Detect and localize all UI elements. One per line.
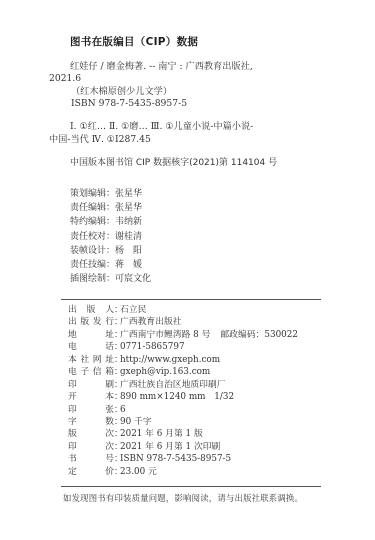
- info-value: 2021 年 6 月第 1 版: [120, 428, 203, 440]
- info-value: 广西南宁市鲤湾路 8 号: [120, 329, 210, 341]
- credit-value: 蒋 媛: [115, 260, 142, 270]
- info-value: 890 mm×1240 mm 1/32: [120, 391, 234, 403]
- cip-main-entry: 红娃仔 / 磨金梅著. -- 南宁 : 广西教育出版社,: [70, 61, 253, 73]
- credit-value: 杨 阳: [115, 246, 142, 256]
- credit-row: 装帧设计：杨 阳: [70, 244, 151, 258]
- info-label: 地址: [68, 329, 114, 341]
- credit-row: 责任编辑：张星华: [70, 201, 151, 215]
- copyright-page: 图书在版编目（CIP）数据 红娃仔 / 磨金梅著. -- 南宁 : 广西教育出版…: [0, 0, 375, 540]
- info-label: 书号: [68, 453, 114, 465]
- credit-label: 责任编辑：: [70, 203, 115, 213]
- credit-label: 插图绘制：: [70, 274, 115, 284]
- credit-value: 张星华: [115, 203, 142, 213]
- info-value: http://www.gxeph.com: [120, 354, 220, 366]
- info-row-publisher: 出版人：石立民: [68, 304, 298, 316]
- info-row-price: 定价：23.00 元: [68, 466, 298, 478]
- divider-top: [61, 299, 321, 300]
- credit-label: 策划编辑：: [70, 189, 115, 199]
- info-row-edition: 版次：2021 年 6 月第 1 版: [68, 428, 298, 440]
- credit-label: 特约编辑：: [70, 217, 115, 227]
- info-label: 电话: [68, 341, 114, 353]
- credit-value: 可宸文化: [115, 274, 151, 284]
- cip-year: 2021.6: [49, 73, 81, 85]
- info-row-address: 地址：广西南宁市鲤湾路 8 号邮政编码：530022: [68, 329, 298, 341]
- info-label: 电子信箱: [68, 366, 114, 378]
- cip-classification-line-1: Ⅰ. ①红… Ⅱ. ①磨… Ⅲ. ①儿童小说-中篇小说-: [70, 121, 253, 133]
- info-value: 2021 年 6 月第 1 次印刷: [120, 441, 220, 453]
- credit-label: 责任技编：: [70, 260, 115, 270]
- info-label: 印刷: [68, 379, 114, 391]
- info-label: 出版发行: [68, 316, 114, 328]
- info-label: 印张: [68, 404, 114, 416]
- info-value: 23.00 元: [120, 466, 157, 478]
- editorial-credits: 策划编辑：张星华 责任编辑：张星华 特约编辑：韦纳新 责任校对：谢桂清 装帧设计…: [70, 187, 151, 286]
- info-value: 广西教育出版社: [120, 316, 182, 328]
- credit-value: 谢桂清: [115, 232, 142, 242]
- info-row-printing: 印次：2021 年 6 月第 1 次印刷: [68, 441, 298, 453]
- info-label: 出版人: [68, 304, 114, 316]
- divider-bottom: [61, 486, 321, 487]
- cip-series: （红木棉原创少儿文学）: [71, 86, 172, 98]
- info-label: 开本: [68, 391, 114, 403]
- info-row-format: 开本：890 mm×1240 mm 1/32: [68, 391, 298, 403]
- credit-row: 插图绘制：可宸文化: [70, 272, 151, 286]
- info-label: 本社网址: [68, 354, 114, 366]
- cip-data-number: 中国版本图书馆 CIP 数据核字(2021)第 114104 号: [70, 157, 277, 169]
- info-value: 石立民: [120, 304, 146, 316]
- info-value: gxeph@vip.163.com: [120, 366, 210, 378]
- postal-code-label: 邮政编码：: [220, 329, 264, 341]
- info-value: 广西壮族自治区地质印刷厂: [120, 379, 226, 391]
- info-value: 0771-5865797: [120, 341, 185, 353]
- credit-row: 责任校对：谢桂清: [70, 230, 151, 244]
- credit-value: 韦纳新: [115, 217, 142, 227]
- info-label: 印次: [68, 441, 114, 453]
- cip-classification-line-2: 中国-当代 Ⅳ. ①I287.45: [49, 134, 151, 146]
- info-row-website: 本社网址：http://www.gxeph.com: [68, 354, 298, 366]
- info-row-sheets: 印张：6: [68, 404, 298, 416]
- info-label: 版次: [68, 428, 114, 440]
- info-row-book-number: 书号：ISBN 978-7-5435-8957-5: [68, 453, 298, 465]
- info-label: 定价: [68, 466, 114, 478]
- credit-value: 张星华: [115, 189, 142, 199]
- info-value: 6: [120, 404, 126, 416]
- info-row-phone: 电话：0771-5865797: [68, 341, 298, 353]
- quality-notice: 如发现图书有印装质量问题，影响阅读，请与出版社联系调换。: [63, 492, 303, 504]
- publication-info: 出版人：石立民 出版发行：广西教育出版社 地址：广西南宁市鲤湾路 8 号邮政编码…: [68, 304, 298, 478]
- info-label: 字数: [68, 416, 114, 428]
- info-value: ISBN 978-7-5435-8957-5: [120, 453, 231, 465]
- info-row-word-count: 字数：90 千字: [68, 416, 298, 428]
- postal-code-value: 530022: [264, 329, 298, 341]
- credit-label: 装帧设计：: [70, 246, 115, 256]
- credit-row: 特约编辑：韦纳新: [70, 215, 151, 229]
- info-value: 90 千字: [120, 416, 152, 428]
- cip-isbn: ISBN 978-7-5435-8957-5: [71, 98, 187, 110]
- credit-label: 责任校对：: [70, 232, 115, 242]
- credit-row: 策划编辑：张星华: [70, 187, 151, 201]
- info-row-email: 电子信箱：gxeph@vip.163.com: [68, 366, 298, 378]
- credit-row: 责任技编：蒋 媛: [70, 258, 151, 272]
- info-row-printer: 印刷：广西壮族自治区地质印刷厂: [68, 379, 298, 391]
- info-row-distributor: 出版发行：广西教育出版社: [68, 316, 298, 328]
- cip-title: 图书在版编目（CIP）数据: [70, 34, 198, 49]
